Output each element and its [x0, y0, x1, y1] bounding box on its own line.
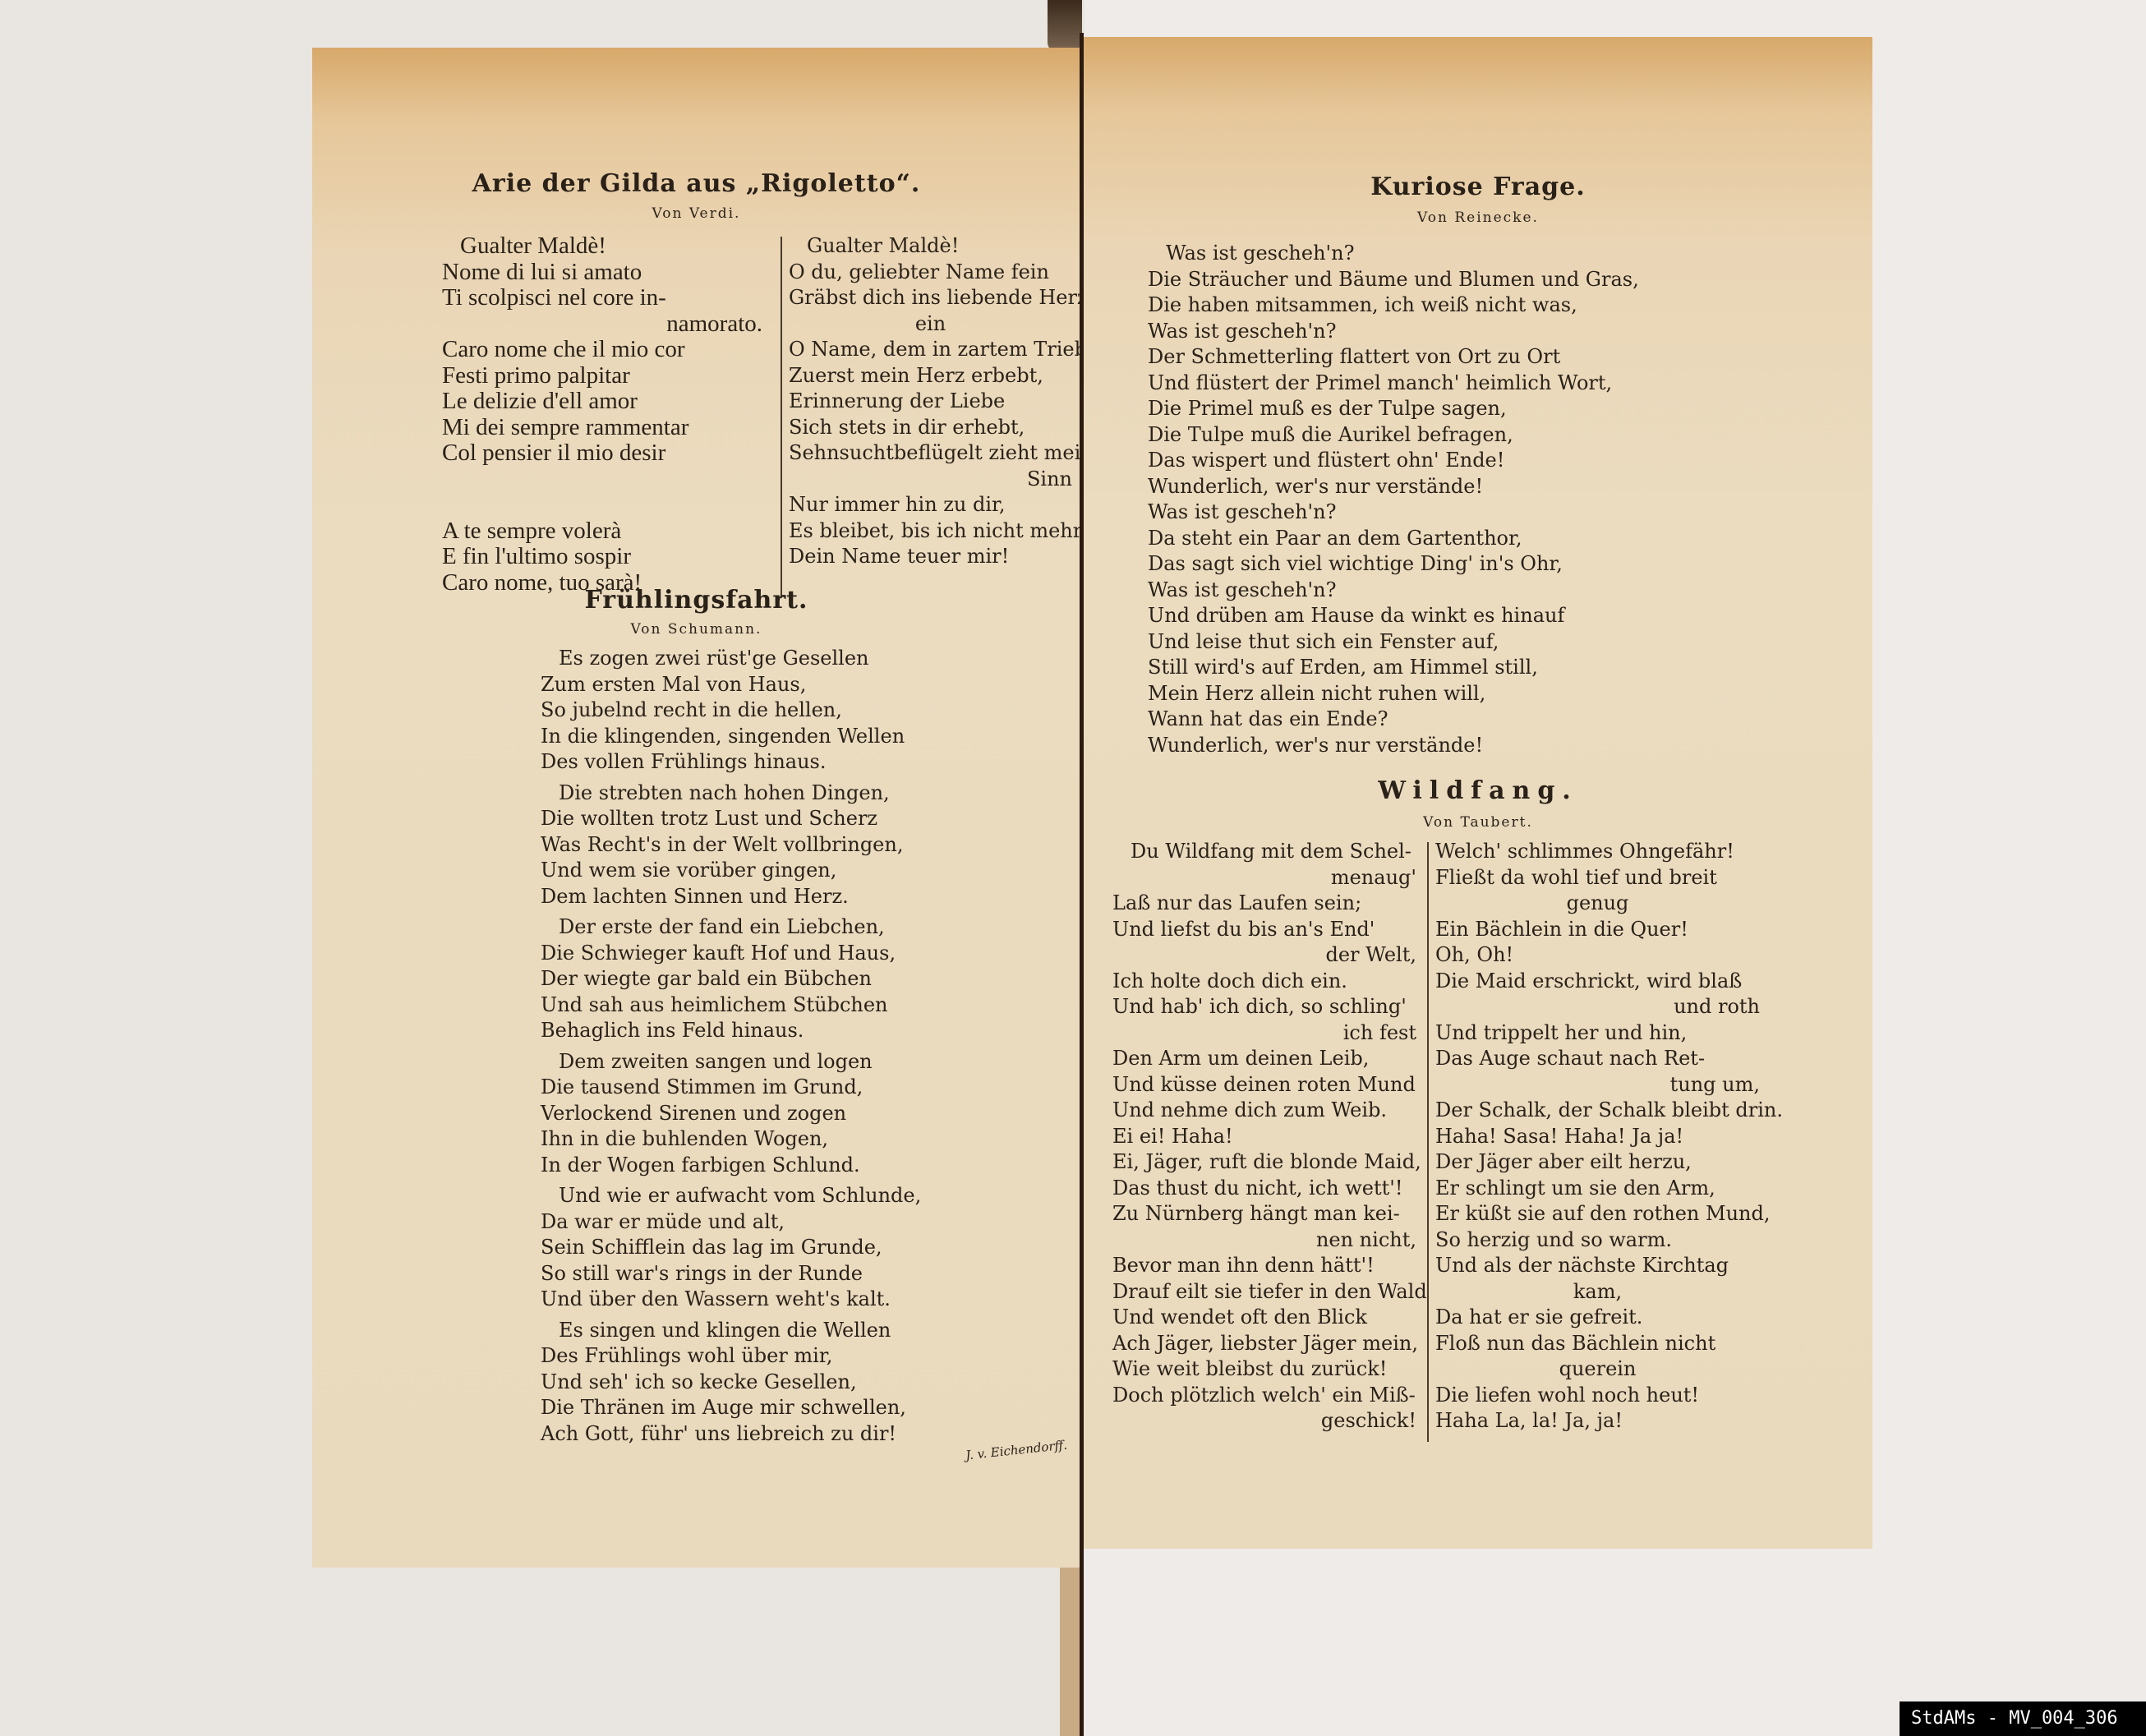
lyric-line: Da hat er sie gefreit. — [1435, 1305, 1760, 1331]
lyric-line: Der Jäger aber eilt herzu, — [1435, 1149, 1760, 1176]
lyric-line: Und flüstert der Primel manch' heimlich … — [1148, 371, 1682, 397]
lyric-line: Ihn in die buhlenden Wogen, — [541, 1126, 1001, 1153]
lyric-line: Still wird's auf Erden, am Himmel still, — [1148, 655, 1682, 681]
lyric-line: Die Primel muß es der Tulpe sagen, — [1148, 396, 1682, 422]
song-title-rigoletto: Arie der Gilda aus „Rigoletto“. — [312, 169, 1080, 198]
lyric-line: Le delizie d'ell amor — [442, 389, 762, 415]
column-divider — [781, 237, 782, 598]
lyric-line: Mi dei sempre rammentar — [442, 415, 762, 441]
song-composer-taubert: Von Taubert. — [1084, 814, 1872, 831]
lyric-line: und roth — [1435, 994, 1760, 1020]
lyric-line: nen nicht, — [1112, 1227, 1416, 1254]
lyric-line: Wunderlich, wer's nur verstände! — [1148, 733, 1682, 759]
lyric-line: geschick! — [1112, 1408, 1416, 1434]
lyric-line: Dem lachten Sinnen und Herz. — [541, 884, 1001, 910]
lyric-line: Oh, Oh! — [1435, 942, 1760, 969]
lyric-line: Das wispert und flüstert ohn' Ende! — [1148, 448, 1682, 474]
lyric-line: Fließt da wohl tief und breit — [1435, 865, 1760, 891]
lyric-line: Was Recht's in der Welt vollbringen, — [541, 832, 1001, 859]
lyric-line: Und über den Wassern weht's kalt. — [541, 1287, 1001, 1313]
song-composer-verdi: Von Verdi. — [312, 205, 1080, 222]
lyric-line: In der Wogen farbigen Schlund. — [541, 1153, 1001, 1179]
lyric-line: Was ist gescheh'n? — [1148, 241, 1682, 267]
left-page: Arie der Gilda aus „Rigoletto“. Von Verd… — [312, 48, 1080, 1568]
lyric-line: Und wie er aufwacht vom Schlunde, — [541, 1183, 1001, 1209]
lyric-line: Es singen und klingen die Wellen — [541, 1318, 1001, 1344]
lyric-line: A te sempre volerà — [442, 518, 762, 545]
lyric-line: Gualter Maldè! — [442, 233, 762, 260]
lyric-line: Drauf eilt sie tiefer in den Wald — [1112, 1279, 1416, 1305]
wildfang-lyrics-right: Welch' schlimmes Ohngefähr!Fließt da woh… — [1435, 839, 1760, 1434]
lyric-line: Haha La, la! Ja, ja! — [1435, 1408, 1760, 1434]
lyric-line: Zu Nürnberg hängt man kei- — [1112, 1201, 1416, 1227]
lyric-line: Den Arm um deinen Leib, — [1112, 1046, 1416, 1072]
lyric-line: Sich stets in dir erhebt, — [789, 415, 1072, 441]
lyric-line: Der erste der fand ein Liebchen, — [541, 914, 1001, 941]
lyric-line: Sein Schifflein das lag im Grunde, — [541, 1235, 1001, 1261]
lyric-line: Gualter Maldè! — [789, 233, 1072, 260]
lyric-line: Ein Bächlein in die Quer! — [1435, 917, 1760, 943]
lyric-line: Und trippelt her und hin, — [1435, 1020, 1760, 1047]
lyric-line: Laß nur das Laufen sein; — [1112, 891, 1416, 917]
lyric-line: Es zogen zwei rüst'ge Gesellen — [541, 646, 1001, 672]
song-title-fruehlingsfahrt: Frühlingsfahrt. — [312, 586, 1080, 615]
song-composer-reinecke: Von Reinecke. — [1084, 210, 1872, 226]
lyric-line: Sehnsuchtbeflügelt zieht mein — [789, 440, 1072, 467]
lyric-line: Nur immer hin zu dir, — [789, 492, 1072, 518]
stanza-gap — [442, 467, 762, 493]
column-divider — [1427, 842, 1429, 1442]
lyric-line: Die Tulpe muß die Aurikel befragen, — [1148, 422, 1682, 449]
lyric-line: Haha! Sasa! Haha! Ja ja! — [1435, 1124, 1760, 1150]
lyric-line: Behaglich ins Feld hinaus. — [541, 1018, 1001, 1044]
lyric-line: Dein Name teuer mir! — [789, 544, 1072, 570]
lyric-line: Das Auge schaut nach Ret- — [1435, 1046, 1760, 1072]
lyric-line: Der wiegte gar bald ein Bübchen — [541, 966, 1001, 992]
lyric-line: O Name, dem in zartem Triebe — [789, 337, 1072, 363]
lyric-line: Die Maid erschrickt, wird blaß — [1435, 969, 1760, 995]
lyric-line: Und nehme dich zum Weib. — [1112, 1098, 1416, 1124]
lyric-line: Des Frühlings wohl über mir, — [541, 1343, 1001, 1370]
lyric-line: Du Wildfang mit dem Schel- — [1112, 839, 1416, 865]
lyric-line: tung um, — [1435, 1072, 1760, 1098]
lyric-line: Und drüben am Hause da winkt es hinauf — [1148, 603, 1682, 629]
book-spine-strip — [1060, 1545, 1080, 1736]
lyric-line: Der Schmetterling flattert von Ort zu Or… — [1148, 344, 1682, 371]
lyric-line: querein — [1435, 1356, 1760, 1383]
lyric-line: Und hab' ich dich, so schling' — [1112, 994, 1416, 1020]
kuriose-frage-lyrics: Was ist gescheh'n?Die Sträucher und Bäum… — [1148, 241, 1682, 758]
lyric-line: So herzig und so warm. — [1435, 1227, 1760, 1254]
lyric-line: Und als der nächste Kirchtag — [1435, 1253, 1760, 1279]
lyric-line: genug — [1435, 891, 1760, 917]
lyric-line: Ti scolpisci nel core in- — [442, 285, 762, 311]
lyric-line: E fin l'ultimo sospir — [442, 544, 762, 570]
lyric-line: Wie weit bleibst du zurück! — [1112, 1356, 1416, 1383]
song-title-kuriose-frage: Kuriose Frage. — [1084, 173, 1872, 201]
lyric-line: Er schlingt um sie den Arm, — [1435, 1176, 1760, 1202]
lyric-line: Wann hat das ein Ende? — [1148, 707, 1682, 733]
lyric-line: Nome di lui si amato — [442, 260, 762, 286]
lyric-line: In die klingenden, singenden Wellen — [541, 724, 1001, 750]
lyric-line: Verlockend Sirenen und zogen — [541, 1101, 1001, 1127]
lyric-line: Floß nun das Bächlein nicht — [1435, 1331, 1760, 1357]
lyric-line: ein — [789, 311, 1072, 338]
lyric-line: Erinnerung der Liebe — [789, 389, 1072, 415]
lyric-line: Was ist gescheh'n? — [1148, 319, 1682, 345]
lyric-line: menaug' — [1112, 865, 1416, 891]
lyric-line: Die haben mitsammen, ich weiß nicht was, — [1148, 292, 1682, 319]
lyric-line: Die strebten nach hohen Dingen, — [541, 781, 1001, 807]
song-composer-schumann: Von Schumann. — [312, 621, 1080, 638]
lyric-line: Die Thränen im Auge mir schwellen, — [541, 1395, 1001, 1421]
italian-lyrics: Gualter Maldè!Nome di lui si amatoTi sco… — [442, 233, 762, 596]
lyric-line: namorato. — [442, 311, 762, 338]
lyric-line: Ach Jäger, liebster Jäger mein, — [1112, 1331, 1416, 1357]
lyric-line: Caro nome che il mio cor — [442, 337, 762, 363]
lyric-line: Er küßt sie auf den rothen Mund, — [1435, 1201, 1760, 1227]
lyric-line: Ei ei! Haha! — [1112, 1124, 1416, 1150]
lyric-line: Ei, Jäger, ruft die blonde Maid, — [1112, 1149, 1416, 1176]
lyric-line: Sinn — [789, 467, 1072, 493]
lyric-line: Doch plötzlich welch' ein Miß- — [1112, 1383, 1416, 1409]
lyric-line: kam, — [1435, 1279, 1760, 1305]
wildfang-lyrics-left: Du Wildfang mit dem Schel-menaug'Laß nur… — [1112, 839, 1416, 1434]
lyric-line: So still war's rings in der Runde — [541, 1261, 1001, 1287]
lyric-line: Festi primo palpitar — [442, 363, 762, 389]
lyric-line: Und wem sie vorüber gingen, — [541, 858, 1001, 884]
lyric-line: Die liefen wohl noch heut! — [1435, 1383, 1760, 1409]
archive-watermark: StdAMs - MV_004_306 — [1900, 1701, 2146, 1736]
lyric-line: Die wollten trotz Lust und Scherz — [541, 806, 1001, 832]
lyric-line: Dem zweiten sangen und logen — [541, 1049, 1001, 1075]
lyric-line: Da war er müde und alt, — [541, 1209, 1001, 1236]
lyric-line: Da steht ein Paar an dem Gartenthor, — [1148, 526, 1682, 552]
book-gutter — [1080, 33, 1084, 1736]
lyric-line: Und wendet oft den Blick — [1112, 1305, 1416, 1331]
lyric-line: Bevor man ihn denn hätt'! — [1112, 1253, 1416, 1279]
book-spine-top — [1048, 0, 1082, 51]
lyric-line: Was ist gescheh'n? — [1148, 578, 1682, 604]
lyric-line: Und liefst du bis an's End' — [1112, 917, 1416, 943]
lyric-line: O du, geliebter Name fein — [789, 260, 1072, 286]
lyric-line: Mein Herz allein nicht ruhen will, — [1148, 681, 1682, 707]
fruehlingsfahrt-lyrics: Es zogen zwei rüst'ge GesellenZum ersten… — [541, 646, 1001, 1447]
lyric-line: Die tausend Stimmen im Grund, — [541, 1075, 1001, 1101]
lyric-line: Und seh' ich so kecke Gesellen, — [541, 1370, 1001, 1396]
lyric-line: Und sah aus heimlichem Stübchen — [541, 992, 1001, 1019]
lyric-line: Das thust du nicht, ich wett'! — [1112, 1176, 1416, 1202]
lyric-line: Col pensier il mio desir — [442, 440, 762, 467]
lyric-line: So jubelnd recht in die hellen, — [541, 698, 1001, 724]
lyric-line: Gräbst dich ins liebende Herze — [789, 285, 1072, 311]
lyric-line: Welch' schlimmes Ohngefähr! — [1435, 839, 1760, 865]
lyric-line: ich fest — [1112, 1020, 1416, 1047]
lyric-line: Und leise thut sich ein Fenster auf, — [1148, 629, 1682, 656]
lyric-line: Ach Gott, führ' uns liebreich zu dir! — [541, 1421, 1001, 1448]
stanza-gap — [442, 492, 762, 518]
lyric-line: Zuerst mein Herz erbebt, — [789, 363, 1072, 389]
lyric-line: Es bleibet, bis ich nicht mehr bin — [789, 518, 1072, 545]
lyric-line: Wunderlich, wer's nur verstände! — [1148, 474, 1682, 500]
german-lyrics: Gualter Maldè!O du, geliebter Name feinG… — [789, 233, 1072, 570]
song-title-wildfang: Wildfang. — [1084, 776, 1872, 805]
lyric-line: Des vollen Frühlings hinaus. — [541, 749, 1001, 776]
lyric-line: Die Schwieger kauft Hof und Haus, — [541, 941, 1001, 967]
right-page: Kuriose Frage. Von Reinecke. Was ist ges… — [1084, 37, 1872, 1549]
lyric-line: Die Sträucher und Bäume und Blumen und G… — [1148, 267, 1682, 293]
lyric-line: Was ist gescheh'n? — [1148, 500, 1682, 526]
lyric-line: Zum ersten Mal von Haus, — [541, 672, 1001, 698]
lyric-line: Und küsse deinen roten Mund — [1112, 1072, 1416, 1098]
lyric-line: Das sagt sich viel wichtige Ding' in's O… — [1148, 551, 1682, 578]
lyric-line: Der Schalk, der Schalk bleibt drin. — [1435, 1098, 1760, 1124]
lyric-line: der Welt, — [1112, 942, 1416, 969]
lyric-line: Ich holte doch dich ein. — [1112, 969, 1416, 995]
